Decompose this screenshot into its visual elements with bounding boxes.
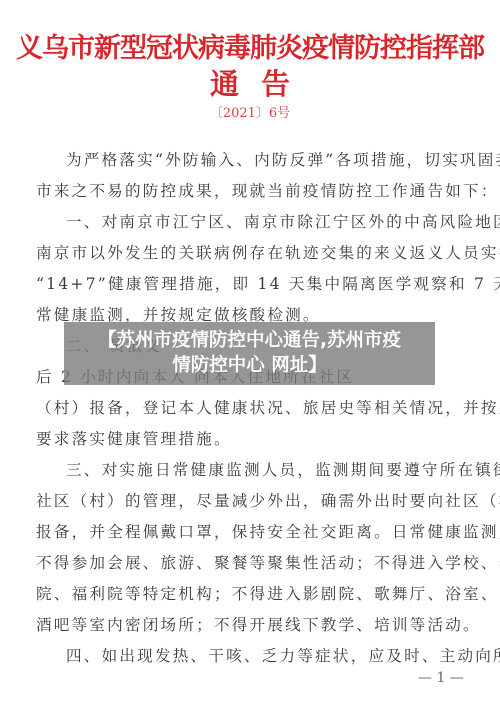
body-line: “14+7”健康管理措施，即 14 天集中隔离医学观察和 7 天日 (36, 274, 466, 294)
overlay-caption-banner: 【苏州市疫情防控中心通告,苏州市疫 情防控中心 网址】 (64, 322, 435, 385)
body-line: 三、对实施日常健康监测人员，监测期间要遵守所在镇街、 (66, 460, 496, 480)
document-subtitle: 通告 (0, 62, 500, 103)
body-line: 市来之不易的防控成果，现就当前疫情防控工作通告如下： (36, 181, 466, 201)
overlay-caption-line: 情防控中心 网址】 (64, 353, 435, 378)
body-line: 四、如出现发热、干咳、乏力等症状，应及时、主动向所在 (66, 646, 496, 666)
body-line: 社区（村）的管理，尽量减少外出，确需外出时要向社区（村） (36, 491, 466, 511)
document-number: 〔2021〕6号 (0, 102, 500, 121)
body-line: （村）报备，登记本人健康状况、旅居史等相关情况，并按上级 (36, 398, 466, 418)
body-line: 为严格落实“外防输入、内防反弹”各项措施，切实巩固我 (66, 150, 496, 170)
body-line: 酒吧等室内密闭场所；不得开展线下教学、培训等活动。 (36, 615, 466, 635)
body-line: 报备，并全程佩戴口罩，保持安全社交距离。日常健康监测人员 (36, 522, 466, 542)
body-line: 要求落实健康管理措施。 (36, 429, 466, 449)
body-line: 院、福利院等特定机构；不得进入影剧院、歌舞厅、浴室、网吧、 (36, 584, 466, 604)
body-line: 不得参加会展、旅游、聚餐等聚集性活动；不得进入学校、养老 (36, 553, 466, 573)
body-line: 南京市以外发生的关联病例存在轨迹交集的来义返义人员实行 (36, 243, 466, 263)
document-title: 义乌市新型冠状病毒肺炎疫情防控指挥部 (0, 26, 500, 65)
page-number: — 1 — (418, 670, 464, 686)
body-line: 一、对南京市江宁区、南京市除江宁区外的中高风险地区、 (66, 212, 496, 232)
overlay-caption-line: 【苏州市疫情防控中心通告,苏州市疫 (64, 328, 435, 353)
